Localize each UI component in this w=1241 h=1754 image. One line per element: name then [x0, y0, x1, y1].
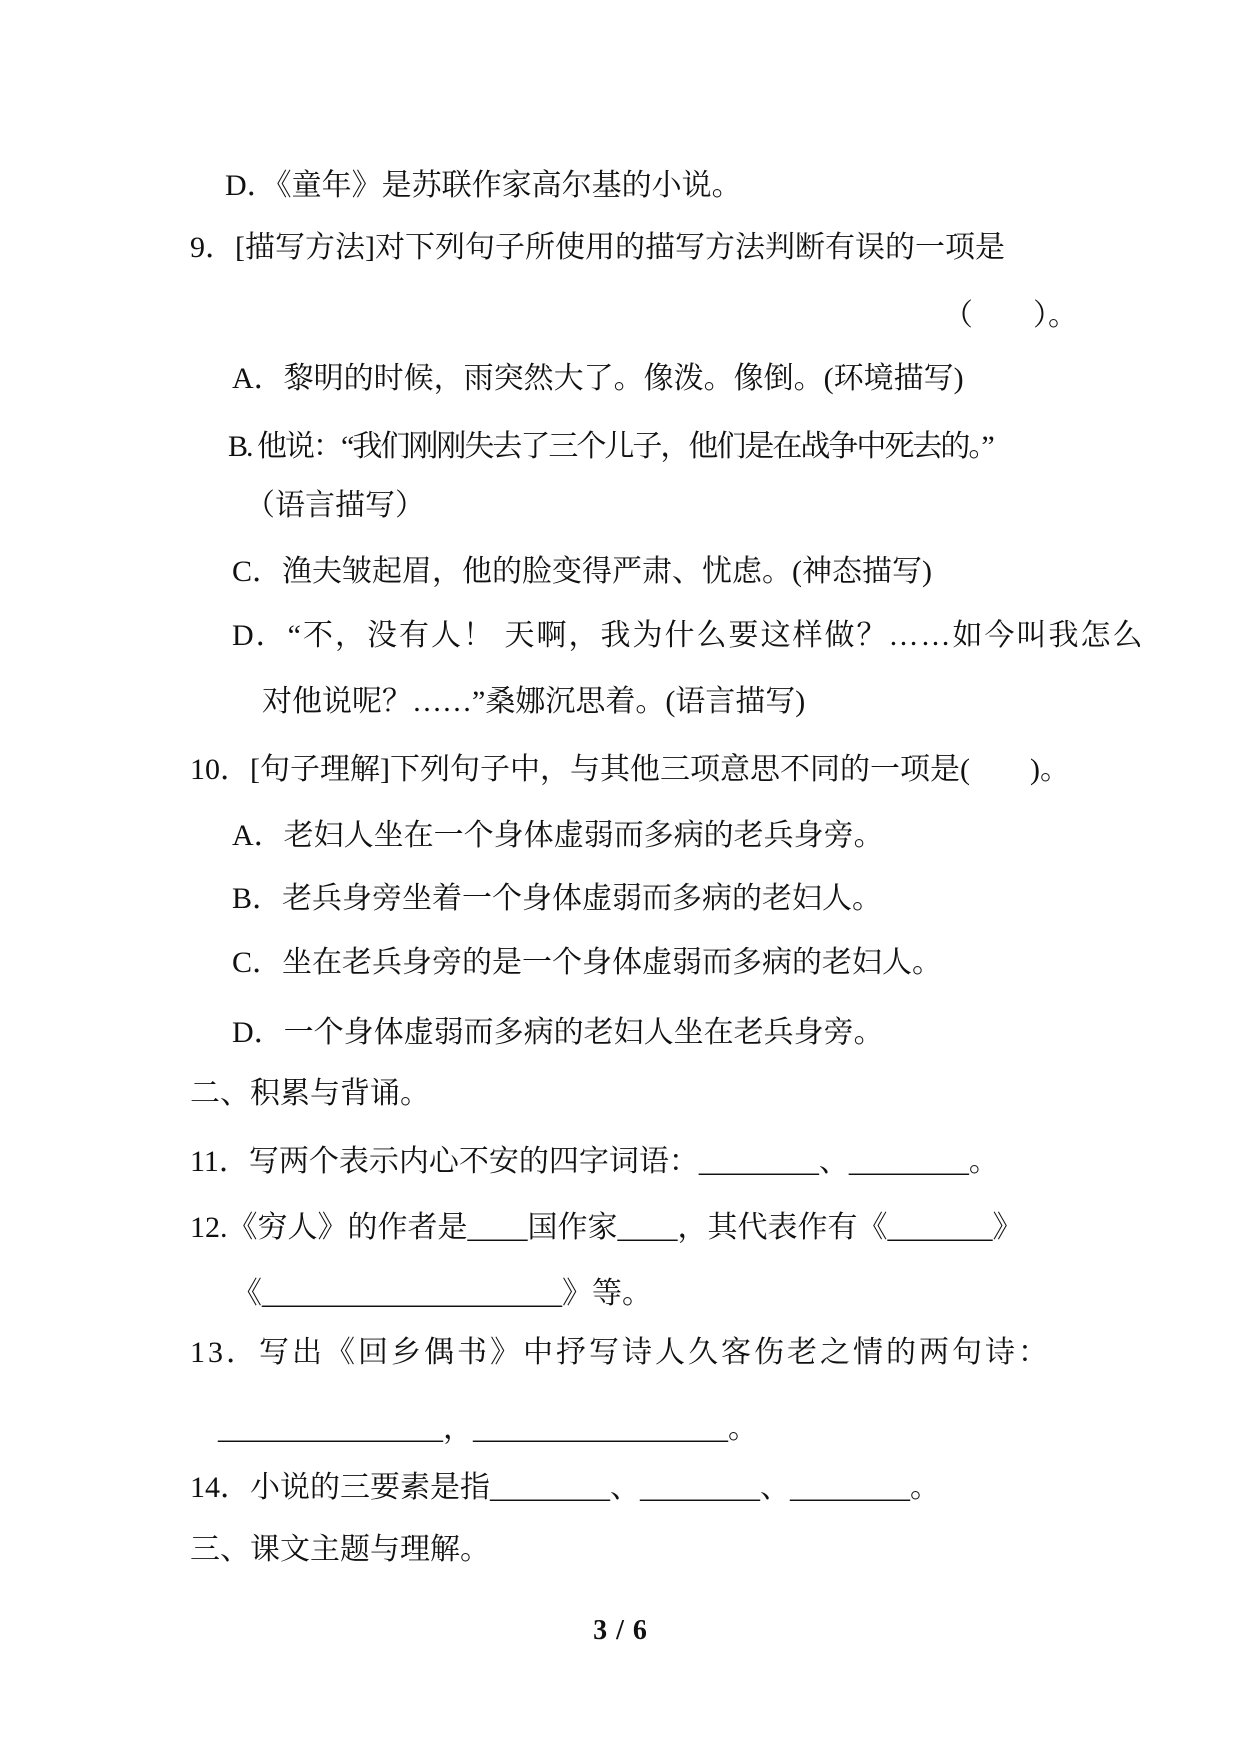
question10-stem: 10．[句子理解]下列句子中，与其他三项意思不同的一项是( )。: [190, 751, 1070, 789]
question10-option-a: A．老妇人坐在一个身体虚弱而多病的老兵身旁。: [232, 817, 884, 855]
question10-option-d: D．一个身体虚弱而多病的老妇人坐在老兵身旁。: [232, 1014, 884, 1052]
question9-stem: 9．[描写方法]对下列句子所使用的描写方法判断有误的一项是: [190, 229, 1005, 267]
question9-answer-parens: （ ）。: [943, 297, 1078, 335]
question9-option-d: D．“不，没有人！ 天啊，我为什么要这样做？……如今叫我怎么: [232, 617, 1144, 655]
question9-option-c: C．渔夫皱起眉，他的脸变得严肃、忧虑。(神态描写): [232, 553, 932, 591]
question10-option-b: B．老兵身旁坐着一个身体虚弱而多病的老妇人。: [232, 880, 882, 918]
question10-option-c: C．坐在老兵身旁的是一个身体虚弱而多病的老妇人。: [232, 944, 942, 982]
section-2-header: 二、积累与背诵。: [190, 1075, 430, 1113]
question9-option-b-continuation: （语言描写）: [245, 487, 425, 525]
question12-line-1: 12.《穷人》的作者是____国作家____，其代表作有《_______》: [190, 1209, 1023, 1247]
question9-option-a: A．黎明的时候，雨突然大了。像泼。像倒。(环境描写): [232, 360, 964, 398]
section-3-header: 三、课文主题与理解。: [190, 1531, 490, 1569]
question13-stem: 13．写出《回乡偶书》中抒写诗人久客伤老之情的两句诗：: [190, 1334, 1051, 1372]
question13-answer-line: _______________，_________________。: [218, 1410, 758, 1448]
question11-line: 11．写两个表示内心不安的四字词语：________、________。: [190, 1143, 999, 1181]
question8-option-d: D．《童年》是苏联作家高尔基的小说。: [225, 167, 742, 205]
question9-option-d-continuation: 对他说呢？……”桑娜沉思着。(语言描写): [262, 683, 805, 721]
question14-line: 14．小说的三要素是指________、________、________。: [190, 1469, 940, 1507]
question12-line-2: 《____________________》等。: [232, 1275, 652, 1313]
exam-page: D．《童年》是苏联作家高尔基的小说。 9．[描写方法]对下列句子所使用的描写方法…: [0, 0, 1241, 1754]
page-number: 3 / 6: [0, 1615, 1241, 1647]
question9-option-b: B. 他说：“我们刚刚失去了三个儿子，他们是在战争中死去的。”: [228, 428, 993, 466]
